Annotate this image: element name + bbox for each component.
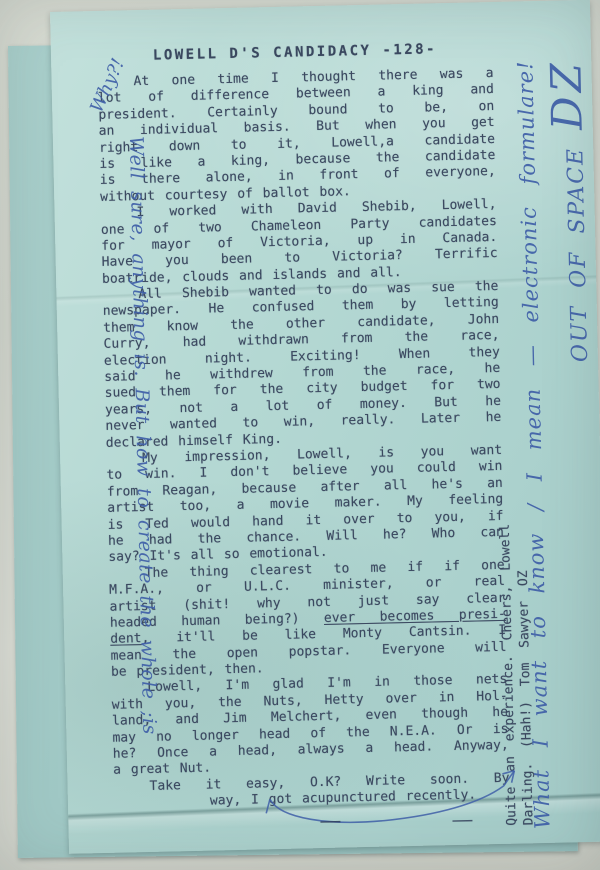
photo-backdrop: LOWELL D'S CANDIDACY -128- At one time I… bbox=[0, 0, 600, 870]
letter-title: LOWELL D'S CANDIDACY -128- bbox=[97, 40, 493, 65]
annotation-right-outer: OUT OF SPACE DZ bbox=[541, 59, 597, 363]
typed-underscore-marks bbox=[320, 819, 472, 824]
annotation-right-outer-big: DZ bbox=[541, 59, 592, 131]
annotation-right-outer-text: OUT OF SPACE bbox=[563, 130, 593, 363]
letter-sheet: LOWELL D'S CANDIDACY -128- At one time I… bbox=[50, 0, 600, 854]
